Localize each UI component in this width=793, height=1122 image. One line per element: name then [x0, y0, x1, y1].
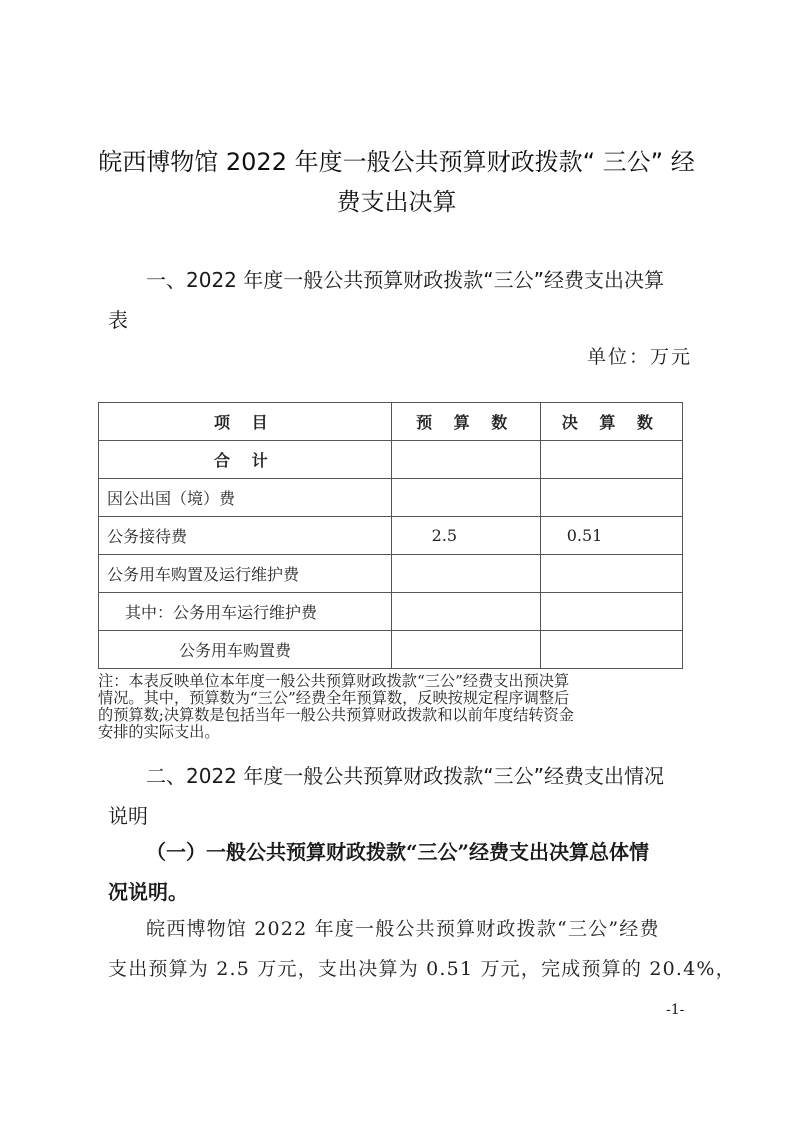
- section1-heading-cont: 表: [108, 304, 128, 333]
- table-header-row: 项 目 预 算 数 决 算 数: [99, 403, 683, 441]
- table-note: 注：本表反映单位本年度一般公共预算财政拨款“三公”经费支出预决算 情况。其中，预…: [98, 673, 698, 741]
- section1-heading: 一、2022 年度一般公共预算财政拨款“三公”经费支出决算: [146, 264, 664, 293]
- note-line: 的预算数;决算数是包括当年一般公共预算财政拨款和以前年度结转资金: [98, 707, 698, 724]
- row-final: [540, 555, 682, 593]
- row-item: 公务用车购置及运行维护费: [99, 555, 392, 593]
- table-row: 公务接待费 2.5 0.51: [99, 517, 683, 555]
- row-item: 公务接待费: [99, 517, 392, 555]
- row-item: 因公出国（境）费: [99, 479, 392, 517]
- unit-label: 单位：万元: [587, 342, 692, 369]
- row-budget: [391, 593, 540, 631]
- body-paragraph-line2: 支出预算为 2.5 万元，支出决算为 0.51 万元，完成预算的 20.4%，: [108, 954, 736, 981]
- document-title-line2: 费支出决算: [0, 182, 793, 222]
- note-line: 安排的实际支出。: [98, 724, 698, 741]
- row-final: [540, 631, 682, 669]
- table-row: 公务用车购置及运行维护费: [99, 555, 683, 593]
- header-item: 项 目: [99, 403, 392, 441]
- page-number: -1-: [666, 1002, 684, 1018]
- three-public-expenses-table: 项 目 预 算 数 决 算 数 合 计 因公出国（境）费 公务接待费 2.5 0…: [98, 402, 683, 669]
- row-item: 合 计: [99, 441, 392, 479]
- table-row: 因公出国（境）费: [99, 479, 683, 517]
- note-line: 注：本表反映单位本年度一般公共预算财政拨款“三公”经费支出预决算: [98, 673, 698, 690]
- row-item: 其中：公务用车运行维护费: [99, 593, 392, 631]
- row-final: [540, 479, 682, 517]
- section2-heading: 二、2022 年度一般公共预算财政拨款“三公”经费支出情况: [146, 760, 664, 789]
- table-row: 其中：公务用车运行维护费: [99, 593, 683, 631]
- row-final: [540, 441, 682, 479]
- row-item: 公务用车购置费: [99, 631, 392, 669]
- subsection1-heading-cont: 况说明。: [108, 876, 188, 905]
- row-budget: 2.5: [391, 517, 540, 555]
- row-budget: [391, 479, 540, 517]
- row-budget: [391, 631, 540, 669]
- note-line: 情况。其中，预算数为“三公”经费全年预算数，反映按规定程序调整后: [98, 690, 698, 707]
- row-final: [540, 593, 682, 631]
- row-final: 0.51: [540, 517, 682, 555]
- header-final: 决 算 数: [540, 403, 682, 441]
- row-budget: [391, 555, 540, 593]
- row-budget: [391, 441, 540, 479]
- section2-heading-cont: 说明: [108, 800, 148, 829]
- table-row: 公务用车购置费: [99, 631, 683, 669]
- table-row: 合 计: [99, 441, 683, 479]
- body-paragraph-line1: 皖西博物馆 2022 年度一般公共预算财政拨款“三公”经费: [146, 914, 660, 941]
- subsection1-heading: （一）一般公共预算财政拨款“三公”经费支出决算总体情: [146, 836, 649, 865]
- document-title-line1: 皖西博物馆 2022 年度一般公共预算财政拨款“ 三公” 经: [0, 142, 793, 182]
- header-budget: 预 算 数: [391, 403, 540, 441]
